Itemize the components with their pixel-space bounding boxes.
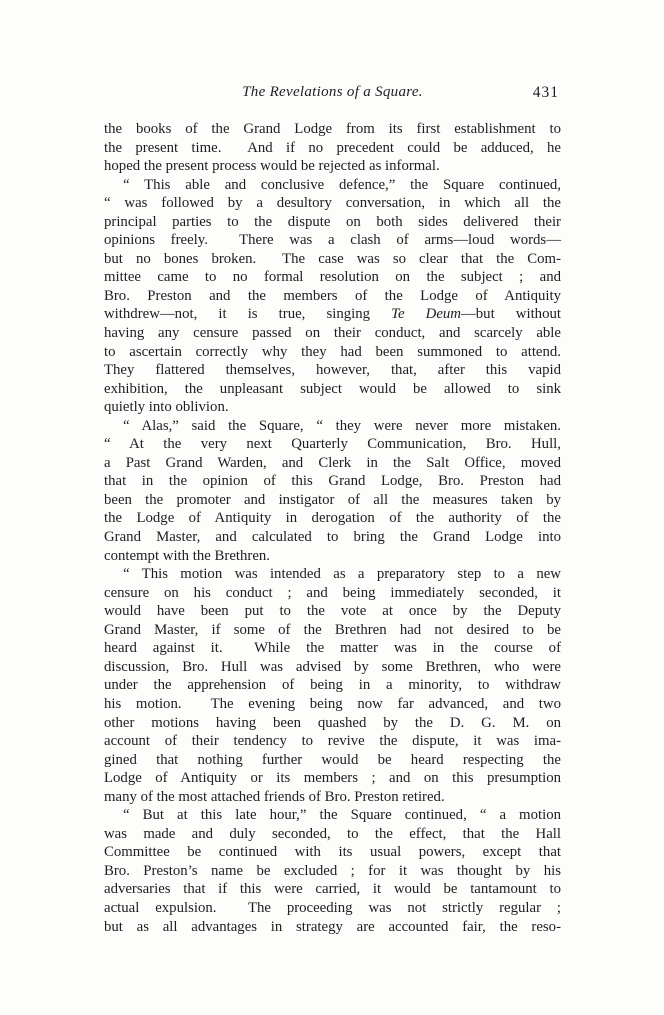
text-line: exhibition, the unpleasant subject would… [104, 380, 561, 399]
text-line: hoped the present process would be rejec… [104, 157, 561, 176]
text-line: account of their tendency to revive the … [104, 732, 561, 751]
text-line: the Lodge of Antiquity in derogation of … [104, 509, 561, 528]
text-line: quietly into oblivion. [104, 398, 561, 417]
text-line: Grand Master, and calculated to bring th… [104, 528, 561, 547]
text-line: to ascertain correctly why they had been… [104, 343, 561, 362]
text-line: They flattered themselves, however, that… [104, 361, 561, 380]
paragraph: the books of the Grand Lodge from its fi… [104, 120, 561, 176]
text-line: his motion. The evening being now far ad… [104, 695, 561, 714]
paragraph: “ This motion was intended as a preparat… [104, 565, 561, 806]
text-line: “ was followed by a desultory conversati… [104, 194, 561, 213]
text-line: Committee be continued with its usual po… [104, 843, 561, 862]
page-number: 431 [533, 84, 559, 102]
text-line: Grand Master, if some of the Brethren ha… [104, 621, 561, 640]
text-line: withdrew—not, it is true, singing Te Deu… [104, 305, 561, 324]
paragraph: “ But at this late hour,” the Square con… [104, 806, 561, 936]
text-line: having any censure passed on their condu… [104, 324, 561, 343]
text-line: Bro. Preston and the members of the Lodg… [104, 287, 561, 306]
text-line: but no bones broken. The case was so cle… [104, 250, 561, 269]
text-line: opinions freely. There was a clash of ar… [104, 231, 561, 250]
text-line: that in the opinion of this Grand Lodge,… [104, 472, 561, 491]
page-header: The Revelations of a Square. 431 [104, 84, 561, 103]
page-body: the books of the Grand Lodge from its fi… [104, 120, 561, 936]
text-column: The Revelations of a Square. 431 the boo… [104, 84, 561, 936]
text-line: been the promoter and instigator of all … [104, 491, 561, 510]
text-line: the present time. And if no precedent co… [104, 139, 561, 158]
text-line: “ Alas,” said the Square, “ they were ne… [104, 417, 561, 436]
text-line: “ This able and conclusive defence,” the… [104, 176, 561, 195]
text-line: mittee came to no formal resolution on t… [104, 268, 561, 287]
text-line: the books of the Grand Lodge from its fi… [104, 120, 561, 139]
text-line: principal parties to the dispute on both… [104, 213, 561, 232]
text-line: Lodge of Antiquity or its members ; and … [104, 769, 561, 788]
paragraph: “ This able and conclusive defence,” the… [104, 176, 561, 417]
text-line: Bro. Preston’s name be excluded ; for it… [104, 862, 561, 881]
text-line: “ This motion was intended as a preparat… [104, 565, 561, 584]
text-line: many of the most attached friends of Bro… [104, 788, 561, 807]
text-line: censure on his conduct ; and being immed… [104, 584, 561, 603]
text-line: discussion, Bro. Hull was advised by som… [104, 658, 561, 677]
text-line: actual expulsion. The proceeding was not… [104, 899, 561, 918]
text-line: was made and duly seconded, to the effec… [104, 825, 561, 844]
paragraph: “ Alas,” said the Square, “ they were ne… [104, 417, 561, 565]
text-line: gined that nothing further would be hear… [104, 751, 561, 770]
text-line: but as all advantages in strategy are ac… [104, 918, 561, 937]
text-line: “ But at this late hour,” the Square con… [104, 806, 561, 825]
book-page: The Revelations of a Square. 431 the boo… [0, 0, 664, 1015]
text-line: heard against it. While the matter was i… [104, 639, 561, 658]
text-line: would have been put to the vote at once … [104, 602, 561, 621]
italic-text: Te Deum [391, 306, 461, 322]
text-line: adversaries that if this were carried, i… [104, 880, 561, 899]
text-line: under the apprehension of being in a min… [104, 676, 561, 695]
text-line: a Past Grand Warden, and Clerk in the Sa… [104, 454, 561, 473]
text-line: other motions having been quashed by the… [104, 714, 561, 733]
text-line: “ At the very next Quarterly Communicati… [104, 435, 561, 454]
text-line: contempt with the Brethren. [104, 547, 561, 566]
running-title: The Revelations of a Square. [104, 84, 561, 101]
